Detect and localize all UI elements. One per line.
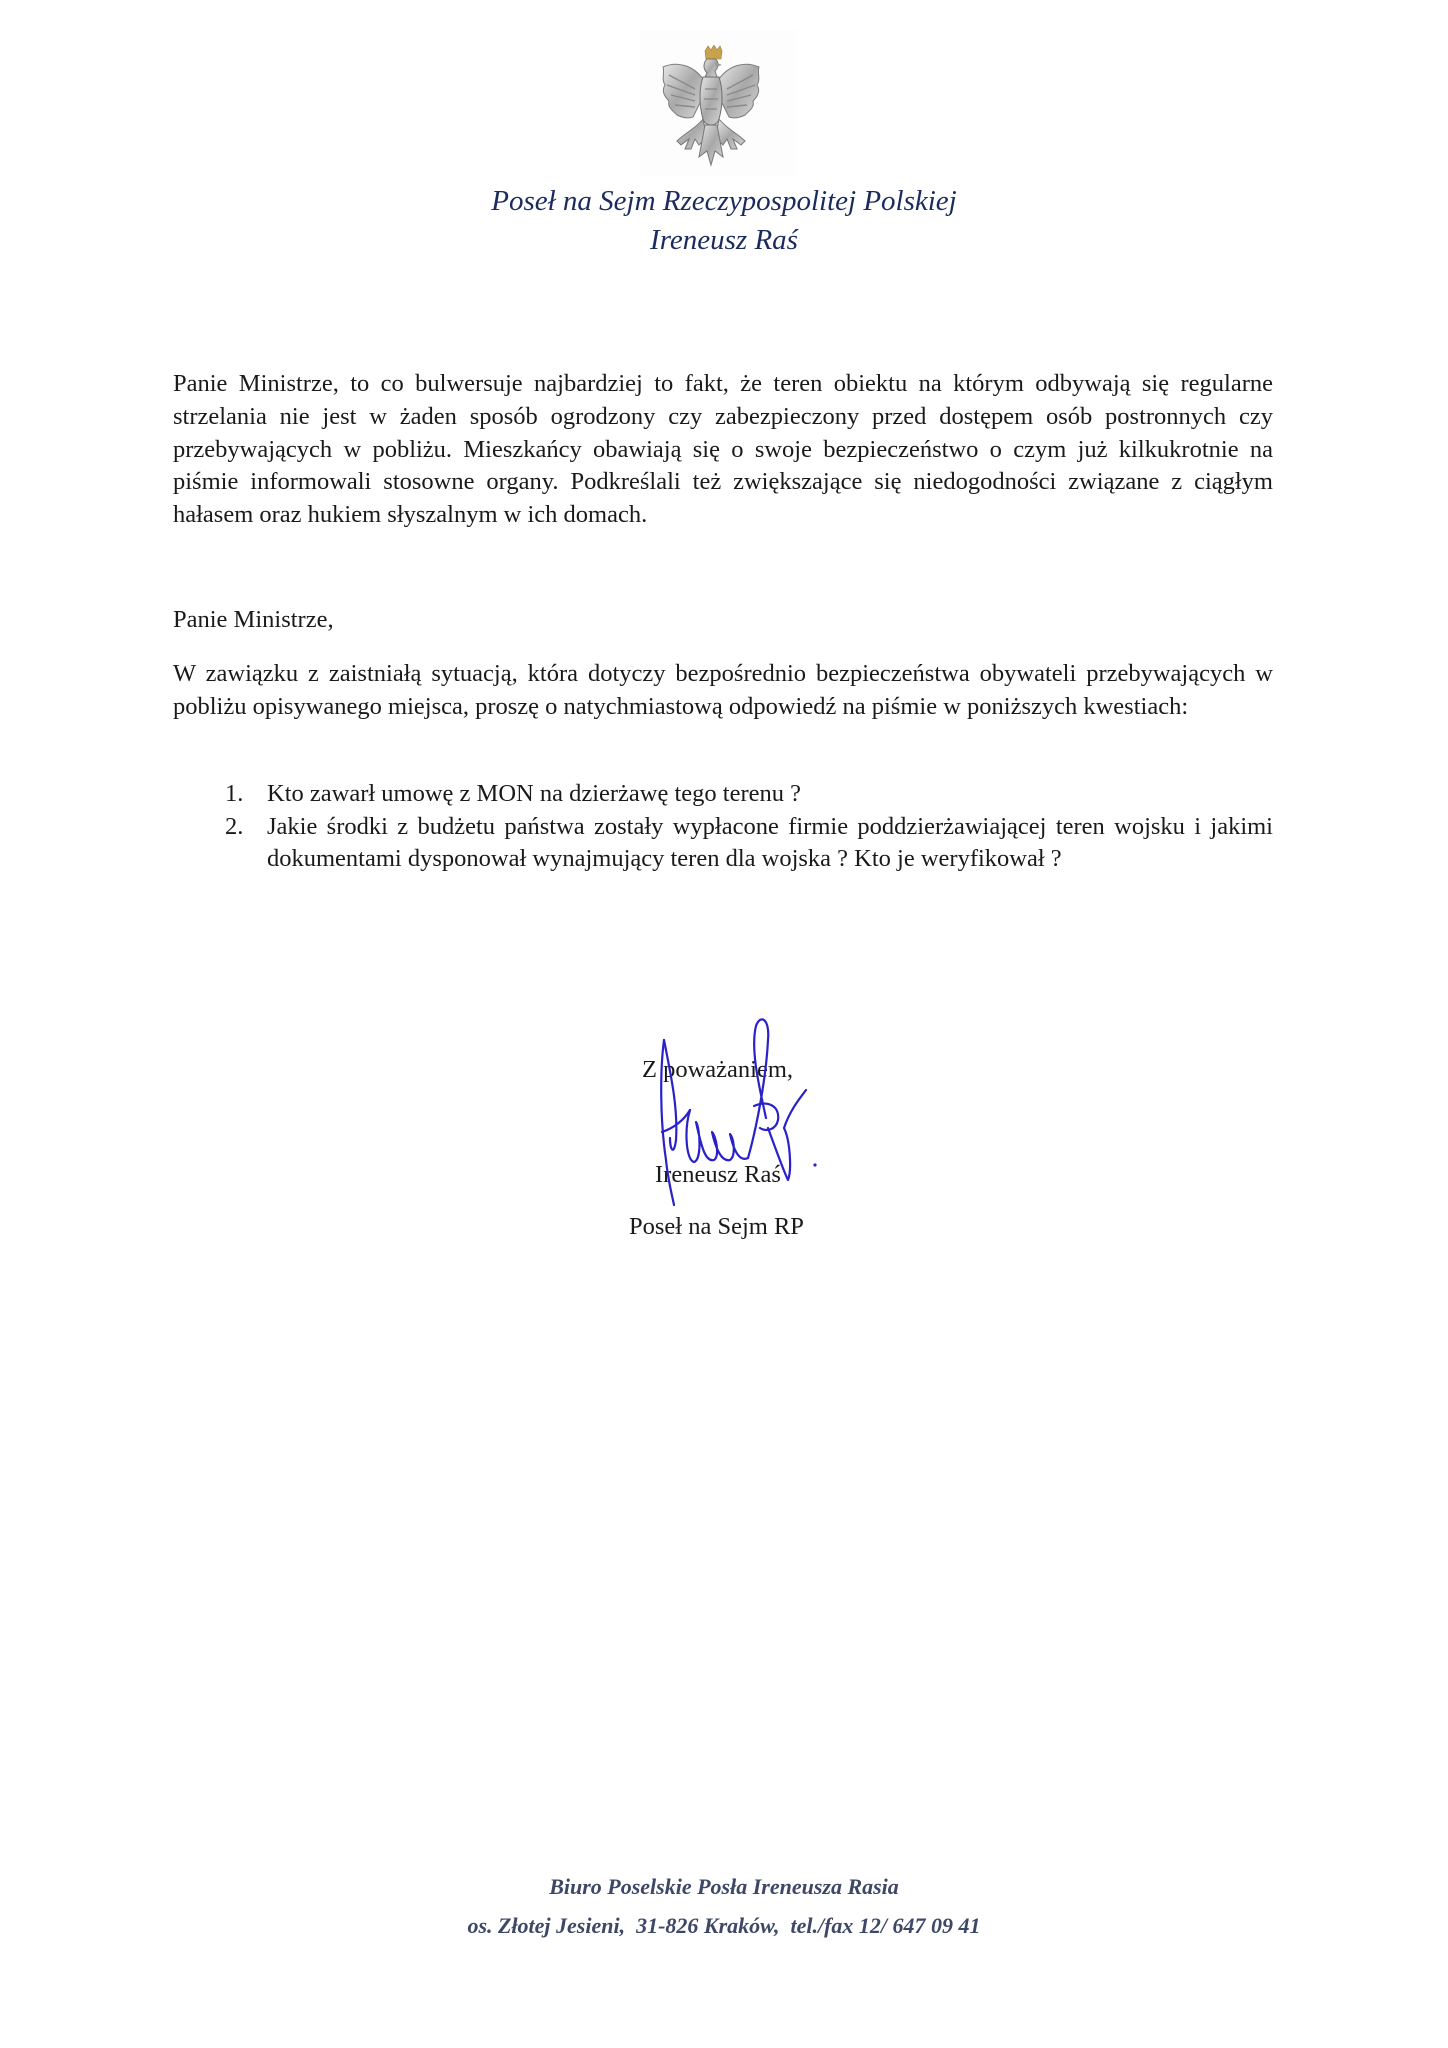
list-item: 1. Kto zawarł umowę z MON na dzierżawę t… — [173, 778, 1273, 811]
paragraph-text: W zawiązku z zaistniałą sytuacją, która … — [173, 657, 1273, 723]
questions-list: 1. Kto zawarł umowę z MON na dzierżawę t… — [173, 778, 1273, 876]
letter-body-paragraph-1: Panie Ministrze, to co bulwersuje najbar… — [173, 368, 1273, 532]
letter-page: Poseł na Sejm Rzeczypospolitej Polskiej … — [0, 0, 1448, 2048]
paragraph-text: Panie Ministrze, to co bulwersuje najbar… — [173, 368, 1273, 532]
footer-address-contact: os. Złotej Jesieni, 31-826 Kraków, tel./… — [0, 1915, 1448, 1937]
polish-eagle-icon — [655, 45, 767, 167]
letterhead-title: Poseł na Sejm Rzeczypospolitej Polskiej — [0, 187, 1448, 216]
list-item-text: Jakie środki z budżetu państwa zostały w… — [267, 813, 1273, 873]
signatory-role: Poseł na Sejm RP — [629, 1215, 804, 1240]
list-item-number: 1. — [225, 778, 243, 811]
letterhead-name: Ireneusz Raś — [0, 226, 1448, 255]
letter-body-paragraph-2: W zawiązku z zaistniałą sytuacją, która … — [173, 657, 1273, 723]
handwritten-signature-icon — [650, 1010, 850, 1210]
salutation: Panie Ministrze, — [173, 604, 334, 637]
list-item-number: 2. — [225, 811, 243, 844]
footer-office-name: Biuro Poselskie Posła Ireneusza Rasia — [0, 1876, 1448, 1898]
list-item-text: Kto zawarł umowę z MON na dzierżawę tego… — [267, 780, 801, 807]
list-item: 2. Jakie środki z budżetu państwa został… — [173, 811, 1273, 876]
